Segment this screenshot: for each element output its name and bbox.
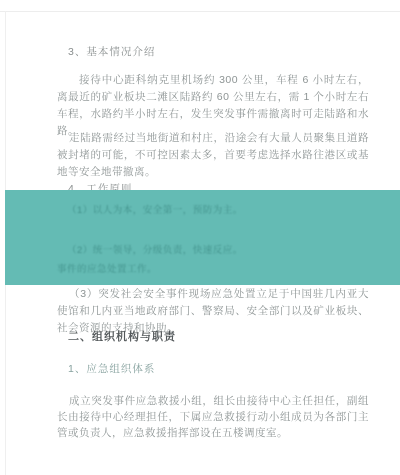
title-banner-overlay: （1）以人为本，安全第一，预防为主。 （2）统一领导，分级负责，快速反应。 事件… [5, 190, 400, 285]
heading-organization: 二、组织机构与职责 [68, 328, 176, 344]
document-page: 3、基本情况介绍 接待中心距科纳克里机场约 300 公里，车程 6 小时左右，离… [0, 0, 400, 475]
paragraph-rescue-team: 成立突发事件应急救援小组，组长由接待中心主任担任，副组长由接待中心经理担任，下属… [57, 393, 369, 441]
heading-emergency-system: 1、应急组织体系 [68, 361, 155, 376]
faint-underlying-line-3: 事件的应急处置工作。 [57, 261, 157, 275]
heading-basic-info: 3、基本情况介绍 [68, 44, 155, 59]
faint-underlying-line-2: （2）统一领导，分级负责，快速反应。 [67, 242, 243, 256]
faint-underlying-line-1: （1）以人为本，安全第一，预防为主。 [67, 202, 243, 216]
paragraph-route: 走陆路需经过当地街道和村庄，沿途会有大量人员聚集且道路被封堵的可能，不可控因素太… [57, 130, 369, 181]
page-edge-top-rule [0, 11, 400, 12]
